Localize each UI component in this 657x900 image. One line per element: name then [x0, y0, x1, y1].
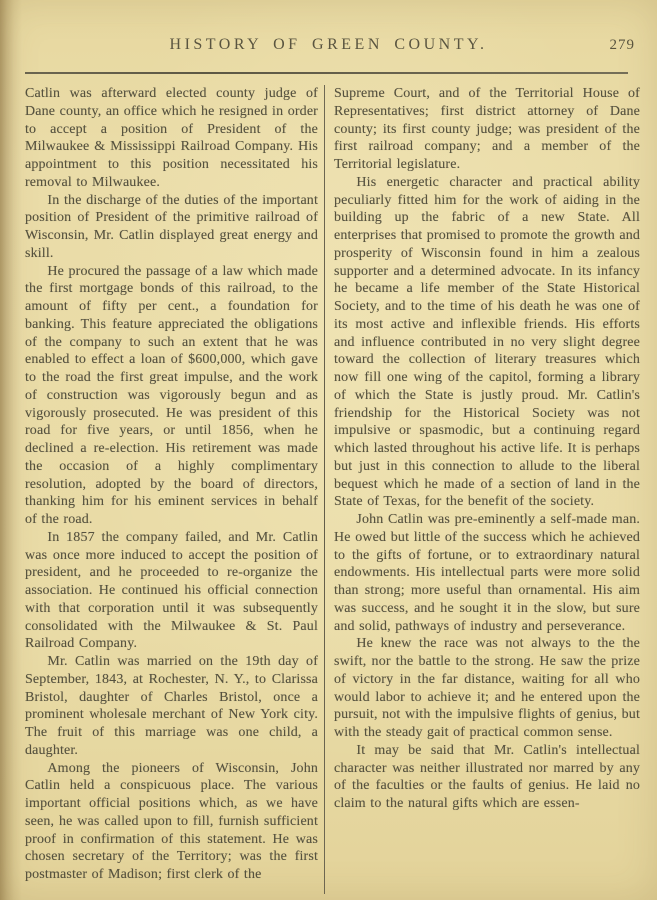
paragraph: He knew the race was not always to the t… [334, 635, 640, 742]
paragraph: Catlin was afterward elected county judg… [25, 85, 318, 192]
paragraph: He procured the passage of a law which m… [25, 263, 318, 529]
right-column: Supreme Court, and of the Territorial Ho… [325, 85, 640, 894]
paragraph: John Catlin was pre-eminently a self-mad… [334, 511, 640, 635]
header-rule [25, 72, 628, 74]
running-header: HISTORY OF GREEN COUNTY. 279 [0, 36, 657, 58]
book-page: HISTORY OF GREEN COUNTY. 279 Catlin was … [0, 0, 657, 900]
paragraph: In the discharge of the duties of the im… [25, 192, 318, 263]
paragraph: In 1857 the company failed, and Mr. Catl… [25, 529, 318, 653]
paragraph: Supreme Court, and of the Territorial Ho… [334, 85, 640, 174]
left-column: Catlin was afterward elected county judg… [25, 85, 318, 894]
page-title: HISTORY OF GREEN COUNTY. [0, 36, 657, 54]
paragraph: Among the pioneers of Wisconsin, John Ca… [25, 760, 318, 884]
text-columns: Catlin was afterward elected county judg… [25, 85, 640, 894]
paragraph: Mr. Catlin was married on the 19th day o… [25, 653, 318, 760]
binding-gutter-shadow [0, 0, 22, 900]
paragraph: His energetic character and practical ab… [334, 174, 640, 511]
page-number: 279 [610, 37, 636, 54]
paragraph: It may be said that Mr. Catlin's intelle… [334, 742, 640, 813]
